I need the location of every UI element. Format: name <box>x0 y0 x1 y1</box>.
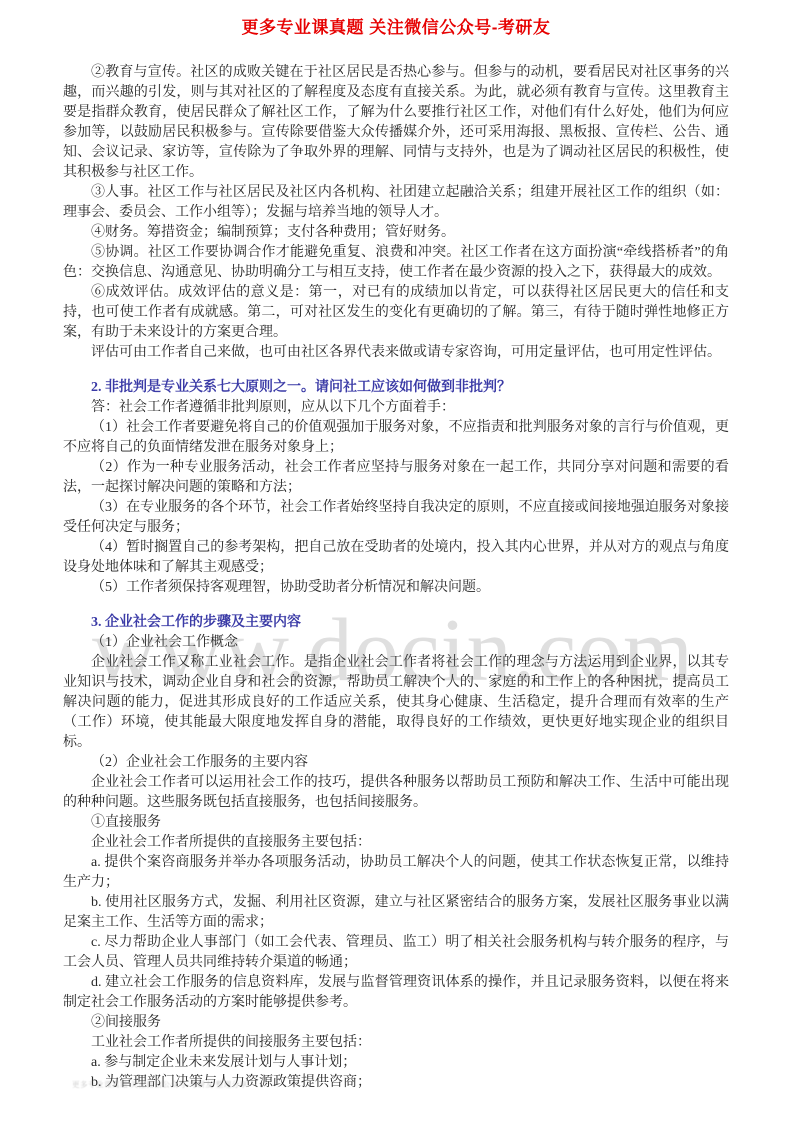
paragraph: ②教育与宣传。社区的成败关键在于社区居民是否热心参与。但参与的动机，要看居民对社… <box>63 63 729 183</box>
paragraph: b. 使用社区服务方式，发掘、利用社区资源，建立与社区紧密结合的服务方案，发展社… <box>63 893 729 933</box>
paragraph: （2）作为一种专业服务活动，社会工作者应坚持与服务对象在一起工作，共同分享对问题… <box>63 458 729 498</box>
paragraph: 评估可由工作者自己来做，也可由社区各界代表来做或请专家咨询，可用定量评估，也可用… <box>63 343 729 363</box>
paragraph: （3）在专业服务的各个环节，社会工作者始终坚持自我决定的原则，不应直接或间接地强… <box>63 498 729 538</box>
paragraph: （2）企业社会工作服务的主要内容 <box>63 753 729 773</box>
promo-header: 更多专业课真题 关注微信公众号-考研友 <box>0 13 792 38</box>
paragraph: ①直接服务 <box>63 813 729 833</box>
paragraph: （4）暂时搁置自己的参考架构，把自己放在受助者的处境内，投入其内心世界，并从对方… <box>63 538 729 578</box>
paragraph: ⑥成效评估。成效评估的意义是：第一，对已有的成绩加以肯定，可以获得社区居民更大的… <box>63 283 729 343</box>
document-body: ②教育与宣传。社区的成败关键在于社区居民是否热心参与。但参与的动机，要看居民对社… <box>63 63 729 1093</box>
paragraph: 企业社会工作又称工业社会工作。是指企业社会工作者将社会工作的理念与方法运用到企业… <box>63 653 729 753</box>
paragraph: （1）企业社会工作概念 <box>63 633 729 653</box>
paragraph: ⑤协调。社区工作要协调合作才能避免重复、浪费和冲突。社区工作者在这方面扮演“牵线… <box>63 243 729 283</box>
question-heading-3: 3. 企业社会工作的步骤及主要内容 <box>63 613 729 633</box>
paragraph: 企业社会工作者可以运用社会工作的技巧，提供各种服务以帮助员工预防和解决工作、生活… <box>63 773 729 813</box>
paragraph: c. 尽力帮助企业人事部门（如工会代表、管理员、监工）明了相关社会服务机构与转介… <box>63 933 729 973</box>
paragraph: 工业社会工作者所提供的间接服务主要包括： <box>63 1033 729 1053</box>
paragraph: 企业社会工作者所提供的直接服务主要包括： <box>63 833 729 853</box>
document-page: 更多专业课真题 关注微信公众号-考研友 www.docin.com ②教育与宣传… <box>0 0 792 1122</box>
question-heading-2: 2. 非批判是专业关系七大原则之一。请问社工应该如何做到非批判？ <box>63 378 729 398</box>
paragraph: ②间接服务 <box>63 1013 729 1033</box>
paragraph: a. 提供个案咨商服务并举办各项服务活动，协助员工解决个人的问题，使其工作状态恢… <box>63 853 729 893</box>
paragraph: a. 参与制定企业未来发展计划与人事计划； <box>63 1053 729 1073</box>
paragraph: d. 建立社会工作服务的信息资料库，发展与监督管理资讯体系的操作，并且记录服务资… <box>63 973 729 1013</box>
paragraph: 答：社会工作者遵循非批判原则，应从以下几个方面着手： <box>63 398 729 418</box>
paragraph: ③人事。社区工作与社区居民及社区内各机构、社团建立起融洽关系；组建开展社区工作的… <box>63 183 729 223</box>
footer-faint-text: 更多专业课真题 关注微信公众号-考研友 整理分享 <box>72 1079 248 1090</box>
paragraph: （5）工作者须保持客观理智，协助受助者分析情况和解决问题。 <box>63 578 729 598</box>
paragraph: ④财务。筹措资金；编制预算；支付各种费用；管好财务。 <box>63 223 729 243</box>
paragraph: （1）社会工作者要避免将自己的价值观强加于服务对象，不应指责和批判服务对象的言行… <box>63 418 729 458</box>
